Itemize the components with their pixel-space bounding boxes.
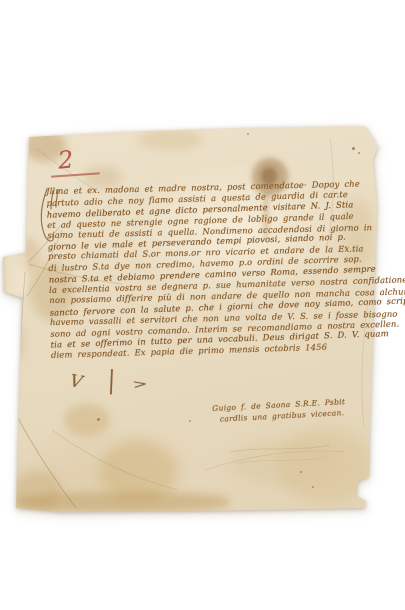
paper-shadow-wrap [0,0,405,610]
crease-lines-svg [0,0,405,610]
crease-line [28,226,60,262]
crease-line [52,430,178,490]
manuscript-paper [0,0,405,610]
crease-line [20,272,25,356]
crease-line [18,418,76,508]
manuscript-photo: 2 Jllma et ex. madona et madre nostra, p… [0,0,405,610]
crease-line [36,148,96,190]
crease-line [27,230,62,296]
crease-line [326,138,333,252]
crease-line [29,264,122,284]
crease-line [362,300,368,428]
